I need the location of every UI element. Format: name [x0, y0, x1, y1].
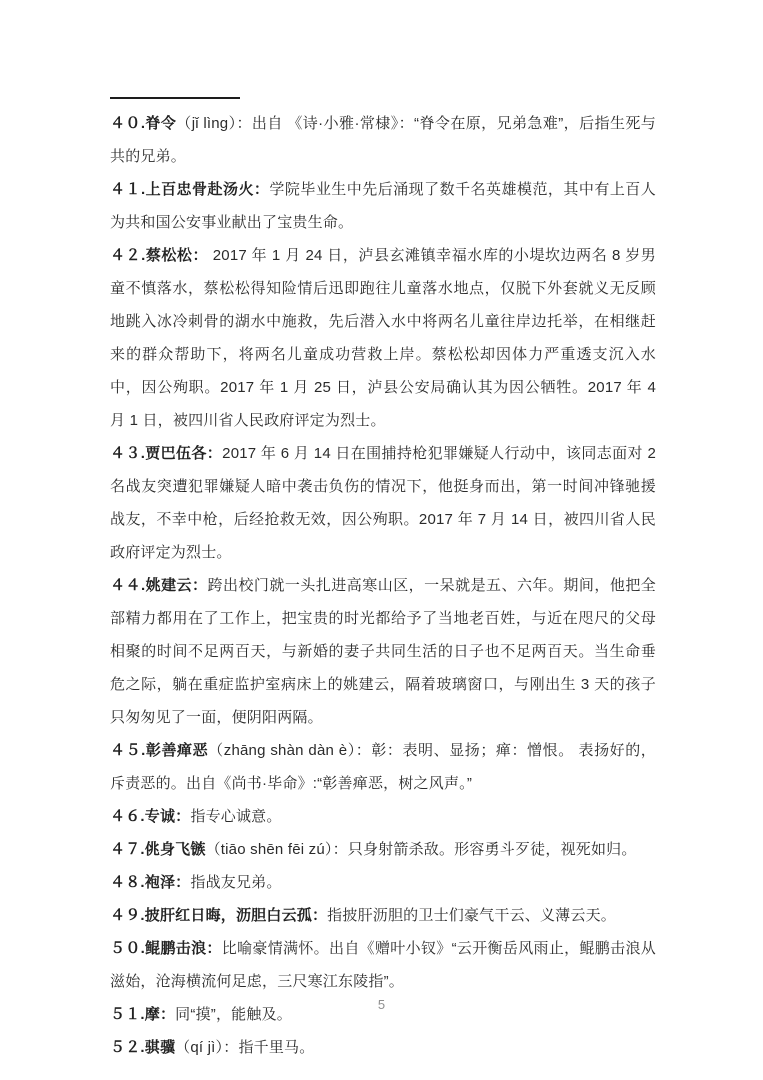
glossary-entry-46: ４６.专诚：指专心诚意。 [110, 800, 656, 833]
entry-definition: 指战友兄弟。 [190, 874, 281, 891]
section-divider [110, 97, 240, 99]
glossary-entry-42: ４２.蔡松松： 2017 年 1 月 24 日，泸县玄滩镇幸福水库的小堤坎边两名… [110, 239, 656, 437]
glossary-entry-43: ４３.贾巴伍各：2017 年 6 月 14 日在围捕持枪犯罪嫌疑人行动中，该同志… [110, 437, 656, 569]
glossary-entry-48: ４８.袍泽：指战友兄弟。 [110, 866, 656, 899]
entry-definition: （tiāo shēn fēi zú）：只身射箭杀敌。形容勇斗歹徒，视死如归。 [206, 841, 637, 858]
page-number: 5 [0, 997, 763, 1012]
document-content: ４０.脊令（jǐ lìng）：出自 《诗·小雅·常棣》：“脊令在原，兄弟急难”，… [110, 0, 656, 1064]
entry-term: ４１.上百忠骨赴汤火： [110, 181, 269, 198]
glossary-entry-49: ４９.披肝红日晦，沥胆白云孤：指披肝沥胆的卫士们豪气干云、义薄云天。 [110, 899, 656, 932]
glossary-entry-52: ５２.骐骥（qí jì）：指千里马。 [110, 1031, 656, 1064]
glossary-entry-44: ４４.姚建云：跨出校门就一头扎进高寒山区，一呆就是五、六年。期间，他把全部精力都… [110, 569, 656, 734]
entry-definition: 跨出校门就一头扎进高寒山区，一呆就是五、六年。期间，他把全部精力都用在了工作上，… [110, 577, 656, 726]
entry-term: ４４.姚建云： [110, 577, 208, 594]
glossary-entry-41: ４１.上百忠骨赴汤火：学院毕业生中先后涌现了数千名英雄模范，其中有上百人为共和国… [110, 173, 656, 239]
entry-definition: 指披肝沥胆的卫士们豪气干云、义薄云天。 [327, 907, 616, 924]
entry-term: ４７.佻身飞镞 [110, 841, 206, 858]
glossary-entry-45: ４５.彰善瘅恶（zhāng shàn dàn è）：彰：表明、显扬；瘅：憎恨。 … [110, 734, 656, 800]
entry-term: ４８.袍泽： [110, 874, 190, 891]
entry-definition: 指专心诚意。 [190, 808, 281, 825]
document-page: ４０.脊令（jǐ lìng）：出自 《诗·小雅·常棣》：“脊令在原，兄弟急难”，… [0, 0, 763, 1080]
glossary-entry-50: ５０.鲲鹏击浪：比喻豪情满怀。出自《赠叶小钗》“云开衡岳风雨止，鲲鹏击浪从滋始，… [110, 932, 656, 998]
entry-term: ５０.鲲鹏击浪： [110, 940, 222, 957]
entry-term: ４９.披肝红日晦，沥胆白云孤： [110, 907, 327, 924]
entry-term: ５２.骐骥 [110, 1039, 175, 1056]
entry-term: ４６.专诚： [110, 808, 190, 825]
entry-term: ４０.脊令 [110, 115, 176, 132]
entry-definition: （qí jì）：指千里马。 [175, 1039, 314, 1056]
glossary-entry-40: ４０.脊令（jǐ lìng）：出自 《诗·小雅·常棣》：“脊令在原，兄弟急难”，… [110, 107, 656, 173]
entry-term: ４３.贾巴伍各： [110, 445, 222, 462]
entry-definition: 2017 年 6 月 14 日在围捕持枪犯罪嫌疑人行动中，该同志面对 2 名战友… [110, 445, 656, 561]
glossary-entry-47: ４７.佻身飞镞（tiāo shēn fēi zú）：只身射箭杀敌。形容勇斗歹徒，… [110, 833, 656, 866]
entry-definition: （jǐ lìng）：出自 《诗·小雅·常棣》：“脊令在原，兄弟急难”，后指生死与… [110, 115, 656, 165]
entry-term: ４５.彰善瘅恶 [110, 742, 208, 759]
entry-term: ４２.蔡松松： [110, 247, 208, 264]
entry-definition: 2017 年 1 月 24 日，泸县玄滩镇幸福水库的小堤坎边两名 8 岁男童不慎… [110, 247, 656, 429]
